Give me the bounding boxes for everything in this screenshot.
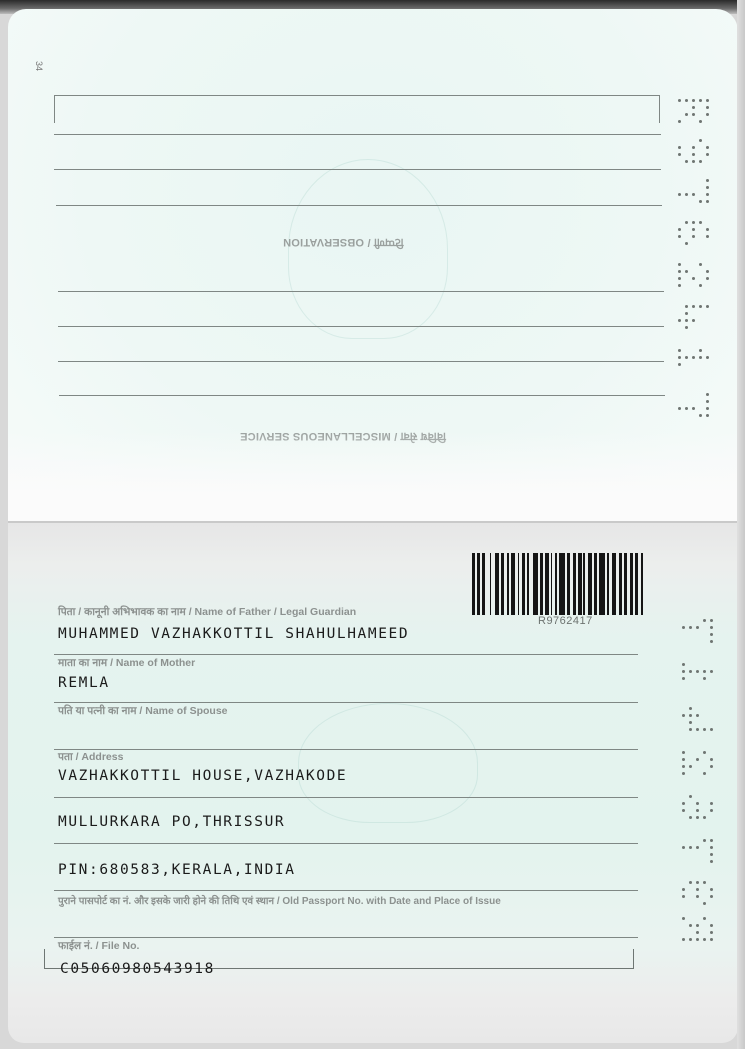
field-divider	[54, 890, 638, 891]
perforation-digit	[676, 219, 711, 247]
mother-name-label: माता का नाम / Name of Mother	[58, 656, 195, 670]
perforation-digit	[676, 137, 711, 165]
address-line-1: VAZHAKKOTTIL HOUSE,VAZHAKODE	[58, 768, 347, 784]
misc-service-line	[58, 291, 664, 292]
spouse-name-label: पति या पत्नी का नाम / Name of Spouse	[58, 704, 228, 718]
misc-service-line	[59, 395, 665, 396]
perforation-digit	[680, 661, 715, 689]
address-line-2: MULLURKARA PO,THRISSUR	[58, 814, 285, 830]
perforation-digit	[680, 837, 715, 865]
observation-heading: टिप्पणी / OBSERVATION	[283, 235, 403, 250]
old-passport-label: पुराने पासपोर्ट का नं. और इसके जारी होने…	[58, 893, 501, 907]
observation-box	[54, 95, 660, 123]
barcode-number: R9762417	[538, 615, 593, 627]
perforation-digit	[680, 879, 715, 907]
address-line-3: PIN:680583,KERALA,INDIA	[58, 862, 296, 878]
address-label: पता / Address	[58, 750, 123, 764]
scan-edge-right	[737, 0, 745, 1049]
observation-line	[54, 169, 661, 170]
field-divider	[54, 749, 638, 750]
mother-name-value: REMLA	[58, 675, 110, 691]
observation-line	[54, 134, 661, 135]
perforation-digit	[680, 749, 715, 777]
personal-particulars-page: R9762417 पिता / कानूनी अभिभावक का नाम / …	[8, 521, 738, 1043]
perforation-digit	[680, 915, 715, 943]
perforation-digit	[676, 177, 711, 205]
observation-page: 34 टिप्पणी / OBSERVATION विविध सेवा / MI…	[8, 9, 738, 521]
father-name-value: MUHAMMED VAZHAKKOTTIL SHAHULHAMEED	[58, 626, 409, 642]
perforation-digit	[680, 617, 715, 645]
emblem-watermark	[298, 703, 478, 823]
perforation-digit	[676, 97, 711, 125]
field-divider	[54, 797, 638, 798]
perforation-digit	[676, 261, 711, 289]
page-fade	[8, 431, 738, 521]
barcode	[472, 553, 680, 615]
misc-service-line	[58, 326, 664, 327]
field-divider	[54, 937, 638, 938]
perforation-digit	[676, 303, 711, 331]
field-divider	[54, 843, 638, 844]
perforation-digit	[680, 705, 715, 733]
perforation-digit	[676, 391, 711, 419]
perforation-digit	[676, 347, 711, 375]
observation-line	[56, 205, 662, 206]
father-name-label: पिता / कानूनी अभिभावक का नाम / Name of F…	[58, 605, 356, 619]
perforation-digit	[680, 793, 715, 821]
page-number: 34	[34, 61, 44, 71]
file-number-value: C05060980543918	[60, 961, 215, 977]
misc-service-line	[58, 361, 664, 362]
